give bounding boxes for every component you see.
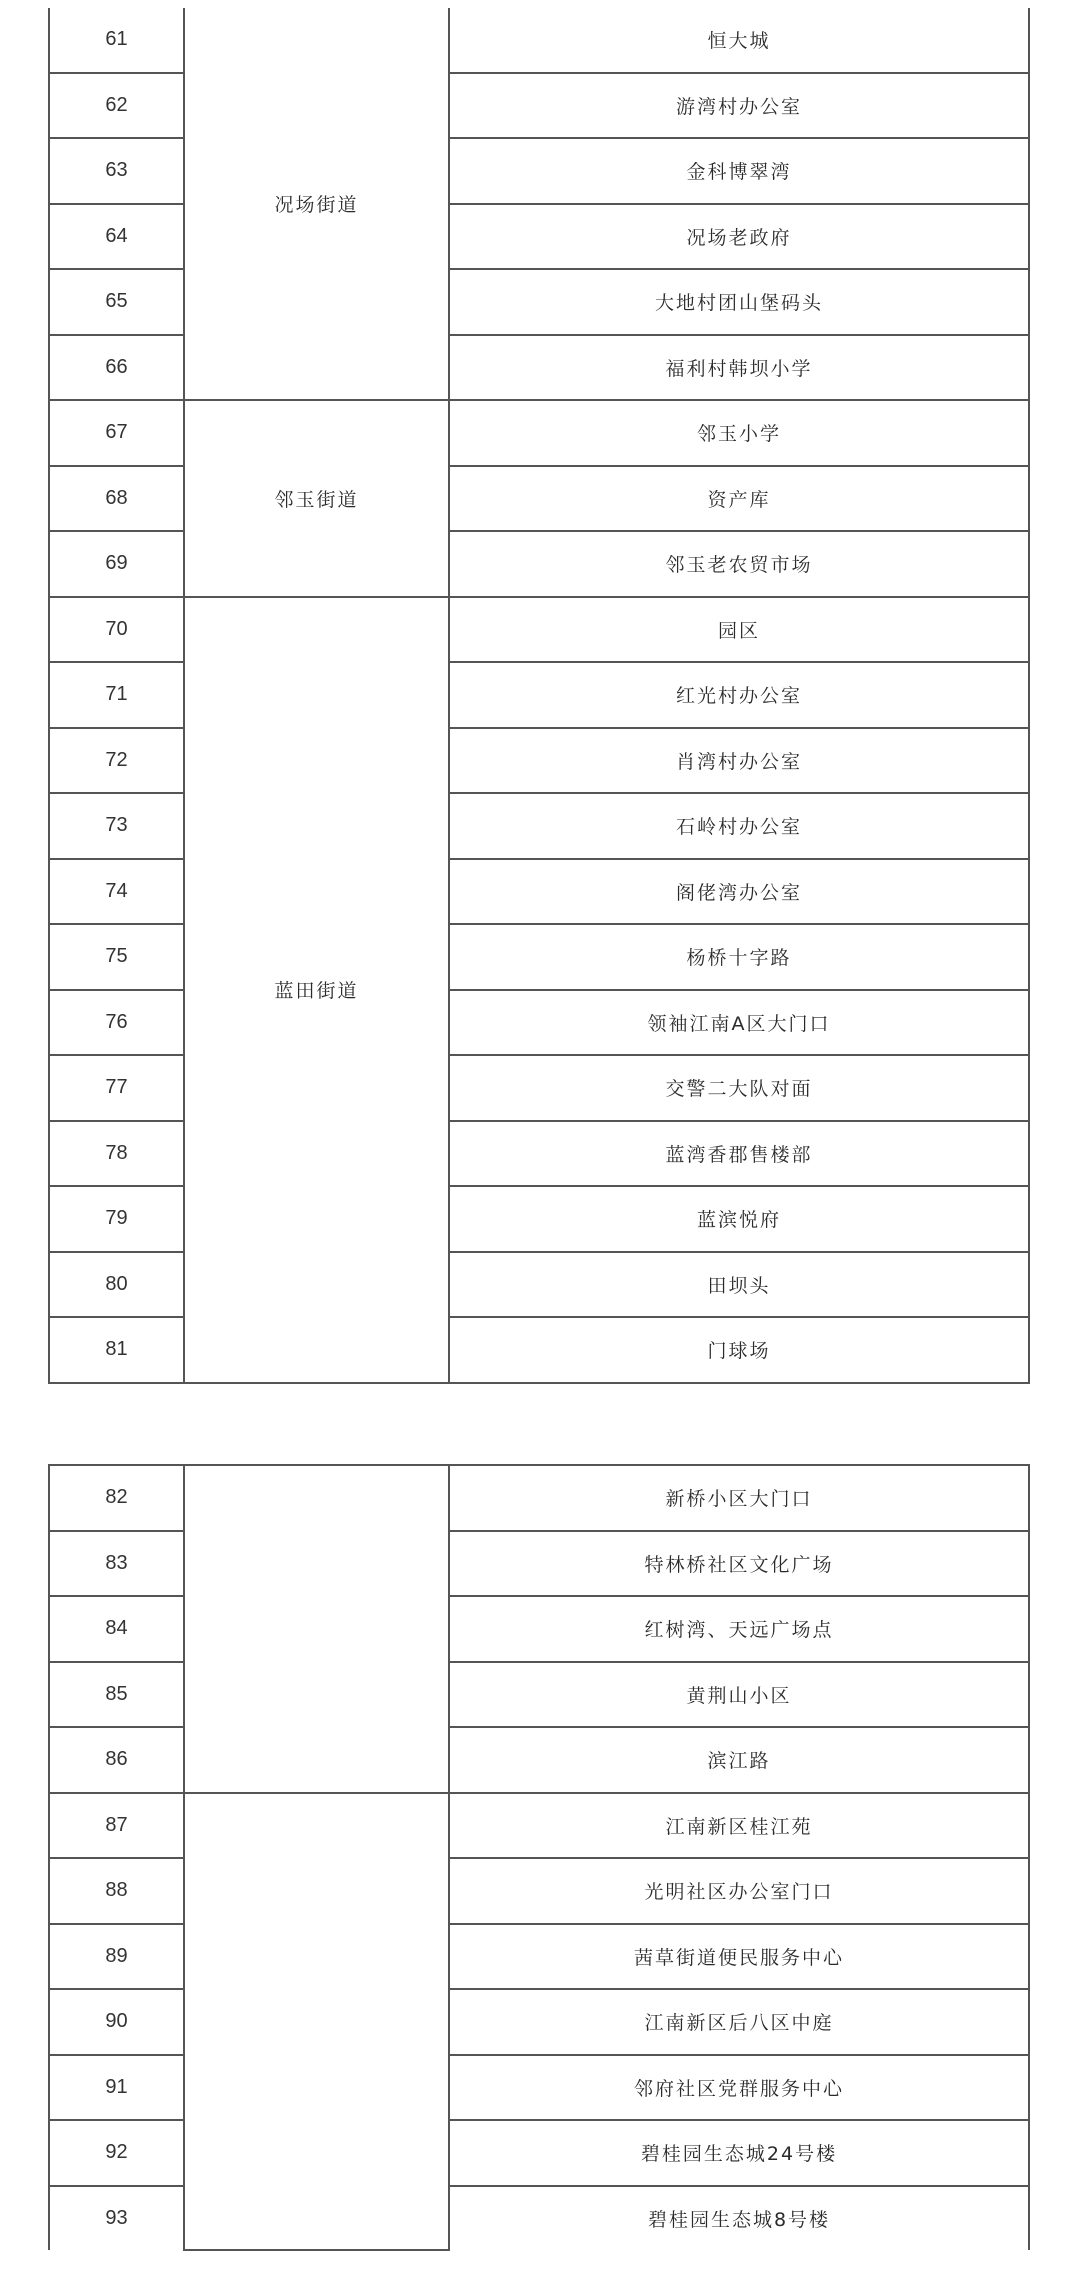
row-number: 62 <box>49 73 184 139</box>
location-name: 黄荆山小区 <box>449 1662 1029 1728</box>
location-name: 特林桥社区文化广场 <box>449 1531 1029 1597</box>
location-name: 恒大城 <box>449 8 1029 73</box>
row-number: 75 <box>49 924 184 990</box>
row-number: 88 <box>49 1858 184 1924</box>
location-name: 光明社区办公室门口 <box>449 1858 1029 1924</box>
table-row: 61 况场街道 恒大城 <box>49 8 1029 73</box>
row-number: 80 <box>49 1252 184 1318</box>
location-name: 园区 <box>449 597 1029 663</box>
row-number: 67 <box>49 400 184 466</box>
row-number: 92 <box>49 2120 184 2186</box>
location-name: 邻玉老农贸市场 <box>449 531 1029 597</box>
location-name: 领袖江南A区大门口 <box>449 990 1029 1056</box>
row-number: 64 <box>49 204 184 270</box>
row-number: 74 <box>49 859 184 925</box>
row-number: 89 <box>49 1924 184 1990</box>
location-name: 肖湾村办公室 <box>449 728 1029 794</box>
locations-table-2: 82 新桥小区大门口 83 特林桥社区文化广场 84 红树湾、天远广场点 85 … <box>48 1464 1030 2251</box>
location-name: 阁佬湾办公室 <box>449 859 1029 925</box>
location-name: 茜草街道便民服务中心 <box>449 1924 1029 1990</box>
location-name: 杨桥十字路 <box>449 924 1029 990</box>
table-row: 87 江南新区桂江苑 <box>49 1793 1029 1859</box>
location-name: 红光村办公室 <box>449 662 1029 728</box>
location-name: 碧桂园生态城8号楼 <box>449 2186 1029 2251</box>
row-number: 68 <box>49 466 184 532</box>
location-name: 福利村韩坝小学 <box>449 335 1029 401</box>
row-number: 77 <box>49 1055 184 1121</box>
location-name: 蓝滨悦府 <box>449 1186 1029 1252</box>
row-number: 91 <box>49 2055 184 2121</box>
row-number: 61 <box>49 8 184 73</box>
locations-table-1: 61 况场街道 恒大城 62 游湾村办公室 63 金科博翠湾 64 况场老政府 … <box>48 8 1030 1384</box>
location-name: 况场老政府 <box>449 204 1029 270</box>
row-number: 90 <box>49 1989 184 2055</box>
table-row: 82 新桥小区大门口 <box>49 1465 1029 1531</box>
location-name: 碧桂园生态城24号楼 <box>449 2120 1029 2186</box>
location-name: 蓝湾香郡售楼部 <box>449 1121 1029 1187</box>
location-name: 资产库 <box>449 466 1029 532</box>
row-number: 81 <box>49 1317 184 1383</box>
location-name: 邻府社区党群服务中心 <box>449 2055 1029 2121</box>
location-name: 江南新区桂江苑 <box>449 1793 1029 1859</box>
row-number: 82 <box>49 1465 184 1531</box>
row-number: 87 <box>49 1793 184 1859</box>
row-number: 79 <box>49 1186 184 1252</box>
row-number: 84 <box>49 1596 184 1662</box>
street-name: 邻玉街道 <box>184 400 449 597</box>
row-number: 78 <box>49 1121 184 1187</box>
row-number: 86 <box>49 1727 184 1793</box>
row-number: 70 <box>49 597 184 663</box>
street-name <box>184 1793 449 2251</box>
row-number: 73 <box>49 793 184 859</box>
row-number: 65 <box>49 269 184 335</box>
table-row: 70 蓝田街道 园区 <box>49 597 1029 663</box>
location-name: 田坝头 <box>449 1252 1029 1318</box>
street-name: 蓝田街道 <box>184 597 449 1383</box>
location-name: 滨江路 <box>449 1727 1029 1793</box>
location-name: 交警二大队对面 <box>449 1055 1029 1121</box>
row-number: 69 <box>49 531 184 597</box>
location-name: 红树湾、天远广场点 <box>449 1596 1029 1662</box>
row-number: 93 <box>49 2186 184 2251</box>
street-name: 况场街道 <box>184 8 449 400</box>
row-number: 66 <box>49 335 184 401</box>
location-name: 金科博翠湾 <box>449 138 1029 204</box>
row-number: 85 <box>49 1662 184 1728</box>
location-name: 新桥小区大门口 <box>449 1465 1029 1531</box>
location-name: 大地村团山堡码头 <box>449 269 1029 335</box>
table-row: 67 邻玉街道 邻玉小学 <box>49 400 1029 466</box>
row-number: 72 <box>49 728 184 794</box>
row-number: 83 <box>49 1531 184 1597</box>
location-name: 门球场 <box>449 1317 1029 1383</box>
row-number: 76 <box>49 990 184 1056</box>
location-name: 石岭村办公室 <box>449 793 1029 859</box>
row-number: 71 <box>49 662 184 728</box>
street-name <box>184 1465 449 1793</box>
location-name: 游湾村办公室 <box>449 73 1029 139</box>
row-number: 63 <box>49 138 184 204</box>
location-name: 邻玉小学 <box>449 400 1029 466</box>
location-name: 江南新区后八区中庭 <box>449 1989 1029 2055</box>
